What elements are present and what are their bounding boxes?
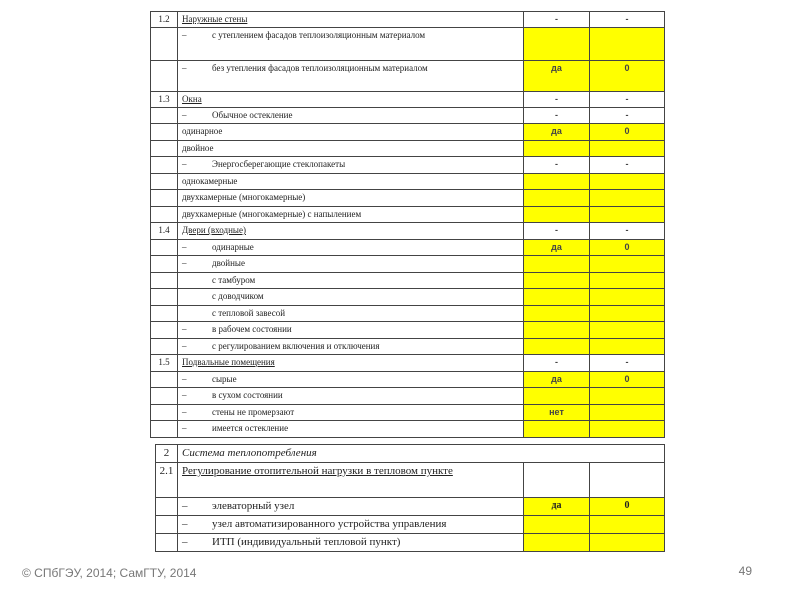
score-cell <box>590 463 665 498</box>
presence-cell <box>524 190 590 207</box>
presence-cell: - <box>524 223 590 240</box>
label-text: элеваторный узел <box>212 500 294 512</box>
item-number: 1.3 <box>151 92 178 108</box>
table-row: с тамбуром <box>151 273 665 289</box>
table-row: –с утеплением фасадов теплоизоляционным … <box>151 28 665 61</box>
item-label: –элеваторный узел <box>178 498 524 516</box>
heat-consumption-table: 2 Система теплопотребления 2.1Регулирова… <box>155 444 665 552</box>
table-row: двойное <box>151 141 665 157</box>
item-number <box>156 516 178 534</box>
dash-bullet: – <box>182 322 212 337</box>
score-cell: 0 <box>590 372 665 388</box>
page-number: 49 <box>739 564 752 578</box>
presence-cell <box>524 388 590 405</box>
section-number: 2 <box>156 445 178 463</box>
item-number: 1.5 <box>151 355 178 372</box>
score-cell <box>590 207 665 223</box>
table-row: с тепловой завесой <box>151 306 665 322</box>
item-label: двухкамерные (многокамерные) <box>178 190 524 207</box>
presence-cell <box>524 28 590 61</box>
table-row: –в рабочем состоянии <box>151 322 665 339</box>
item-number <box>151 388 178 405</box>
score-cell <box>590 141 665 157</box>
item-number <box>151 190 178 207</box>
label-text: Двери (входные) <box>182 225 246 235</box>
label-text: без утепления фасадов теплоизоляционным … <box>212 63 428 73</box>
score-cell: 0 <box>590 61 665 92</box>
label-text: Регулирование отопительной нагрузки в те… <box>182 465 453 477</box>
item-label: однокамерные <box>178 174 524 190</box>
item-label: одинарное <box>178 124 524 141</box>
label-text: двойное <box>182 143 214 153</box>
presence-cell <box>524 256 590 273</box>
label-text: одинарные <box>212 242 254 252</box>
score-cell <box>590 273 665 289</box>
label-text: однокамерные <box>182 176 237 186</box>
label-text: имеется остекление <box>212 423 288 433</box>
table-row: 1.5Подвальные помещения-- <box>151 355 665 372</box>
dash-bullet: – <box>182 256 212 271</box>
label-text: с утеплением фасадов теплоизоляционным м… <box>212 30 425 40</box>
item-number <box>151 240 178 256</box>
presence-cell: да <box>524 240 590 256</box>
category-label: Подвальные помещения <box>178 355 524 372</box>
table-row: –ИТП (индивидуальный тепловой пункт) <box>156 534 665 552</box>
presence-cell <box>524 534 590 552</box>
item-label: –с утеплением фасадов теплоизоляционным … <box>178 28 524 61</box>
score-cell <box>590 289 665 306</box>
score-cell: - <box>590 92 665 108</box>
label-text: с тепловой завесой <box>212 308 285 318</box>
presence-cell: - <box>524 355 590 372</box>
item-label: двухкамерные (многокамерные) с напыление… <box>178 207 524 223</box>
table-row: –узел автоматизированного устройства упр… <box>156 516 665 534</box>
item-number <box>151 339 178 355</box>
item-label: –Энергосберегающие стеклопакеты <box>178 157 524 174</box>
dash-bullet: – <box>182 157 212 172</box>
table-row: –одинарныеда0 <box>151 240 665 256</box>
item-number <box>156 534 178 552</box>
label-text: ИТП (индивидуальный тепловой пункт) <box>212 536 400 548</box>
table-row: –Энергосберегающие стеклопакеты-- <box>151 157 665 174</box>
score-cell <box>590 388 665 405</box>
item-label: –Обычное остекление <box>178 108 524 124</box>
presence-cell: да <box>524 498 590 516</box>
item-label: –узел автоматизированного устройства упр… <box>178 516 524 534</box>
table-row: с доводчиком <box>151 289 665 306</box>
presence-cell: да <box>524 61 590 92</box>
item-number <box>151 61 178 92</box>
label-text: двойные <box>212 258 245 268</box>
label-text: узел автоматизированного устройства упра… <box>212 518 446 530</box>
score-cell <box>590 322 665 339</box>
item-label: –ИТП (индивидуальный тепловой пункт) <box>178 534 524 552</box>
label-text: двухкамерные (многокамерные) с напыление… <box>182 209 361 219</box>
item-number <box>156 498 178 516</box>
table-row: –без утепления фасадов теплоизоляционным… <box>151 61 665 92</box>
item-label: двойное <box>178 141 524 157</box>
table-row: 1.4Двери (входные)-- <box>151 223 665 240</box>
dash-bullet: – <box>182 421 212 436</box>
presence-cell <box>524 273 590 289</box>
score-cell: 0 <box>590 498 665 516</box>
item-number <box>151 141 178 157</box>
item-number <box>151 372 178 388</box>
label-text: Наружные стены <box>182 14 247 24</box>
presence-cell: - <box>524 157 590 174</box>
table-row: 2.1Регулирование отопительной нагрузки в… <box>156 463 665 498</box>
table-row: –элеваторный узелда0 <box>156 498 665 516</box>
score-cell: - <box>590 157 665 174</box>
item-number <box>151 174 178 190</box>
section-title: Система теплопотребления <box>178 445 665 463</box>
item-number <box>151 322 178 339</box>
presence-cell <box>524 174 590 190</box>
label-text: сырые <box>212 374 237 384</box>
item-number <box>151 405 178 421</box>
presence-cell: нет <box>524 405 590 421</box>
dash-bullet: – <box>182 240 212 255</box>
dash-bullet: – <box>182 534 212 550</box>
item-number <box>151 256 178 273</box>
dash-bullet: – <box>182 339 212 354</box>
presence-cell: да <box>524 372 590 388</box>
score-cell <box>590 174 665 190</box>
presence-cell: - <box>524 108 590 124</box>
presence-cell: - <box>524 12 590 28</box>
score-cell <box>590 256 665 273</box>
label-text: стены не промерзают <box>212 407 294 417</box>
item-label: –двойные <box>178 256 524 273</box>
item-label: –одинарные <box>178 240 524 256</box>
label-text: Окна <box>182 94 202 104</box>
item-number <box>151 207 178 223</box>
copyright-footer: © СПбГЭУ, 2014; СамГТУ, 2014 <box>22 566 196 580</box>
label-text: Энергосберегающие стеклопакеты <box>212 159 345 169</box>
presence-cell <box>524 207 590 223</box>
label-text: одинарное <box>182 126 222 136</box>
presence-cell: - <box>524 92 590 108</box>
dash-bullet: – <box>182 28 212 43</box>
table-row: –имеется остекление <box>151 421 665 438</box>
item-number <box>151 306 178 322</box>
label-text: с доводчиком <box>212 291 264 301</box>
presence-cell <box>524 463 590 498</box>
score-cell: - <box>590 12 665 28</box>
score-cell <box>590 339 665 355</box>
table-row: 1.2Наружные стены-- <box>151 12 665 28</box>
score-cell: - <box>590 108 665 124</box>
item-label: с тамбуром <box>178 273 524 289</box>
score-cell <box>590 306 665 322</box>
item-label: с тепловой завесой <box>178 306 524 322</box>
table-row: –Обычное остекление-- <box>151 108 665 124</box>
dash-bullet: – <box>182 498 212 514</box>
dash-bullet: – <box>182 108 212 123</box>
table-row: 1.3Окна-- <box>151 92 665 108</box>
table-row: –сырыеда0 <box>151 372 665 388</box>
score-cell <box>590 28 665 61</box>
item-number: 1.4 <box>151 223 178 240</box>
item-label: –имеется остекление <box>178 421 524 438</box>
item-number <box>151 124 178 141</box>
score-cell <box>590 190 665 207</box>
presence-cell <box>524 516 590 534</box>
item-number <box>151 108 178 124</box>
item-label: –в сухом состоянии <box>178 388 524 405</box>
item-number: 2.1 <box>156 463 178 498</box>
presence-cell <box>524 322 590 339</box>
table-row: –с регулированием включения и отключения <box>151 339 665 355</box>
table-row: –двойные <box>151 256 665 273</box>
score-cell: 0 <box>590 124 665 141</box>
item-label: –стены не промерзают <box>178 405 524 421</box>
label-text: в рабочем состоянии <box>212 324 292 334</box>
score-cell: - <box>590 223 665 240</box>
item-number <box>151 28 178 61</box>
dash-bullet: – <box>182 372 212 387</box>
label-text: с тамбуром <box>212 275 255 285</box>
item-number <box>151 289 178 306</box>
presence-cell <box>524 289 590 306</box>
presence-cell <box>524 339 590 355</box>
category-label: Двери (входные) <box>178 223 524 240</box>
item-label: –с регулированием включения и отключения <box>178 339 524 355</box>
dash-bullet: – <box>182 405 212 420</box>
score-cell <box>590 421 665 438</box>
label-text: Обычное остекление <box>212 110 292 120</box>
item-label: –сырые <box>178 372 524 388</box>
table-row: –в сухом состоянии <box>151 388 665 405</box>
item-number: 1.2 <box>151 12 178 28</box>
item-label: с доводчиком <box>178 289 524 306</box>
score-cell: 0 <box>590 240 665 256</box>
building-envelope-table: 1.2Наружные стены--–с утеплением фасадов… <box>150 11 665 438</box>
label-text: с регулированием включения и отключения <box>212 341 380 351</box>
table-row: двухкамерные (многокамерные) <box>151 190 665 207</box>
item-number <box>151 157 178 174</box>
section-header-row: 2 Система теплопотребления <box>156 445 665 463</box>
score-cell: - <box>590 355 665 372</box>
item-label: –в рабочем состоянии <box>178 322 524 339</box>
item-label: –без утепления фасадов теплоизоляционным… <box>178 61 524 92</box>
table-row: однокамерные <box>151 174 665 190</box>
score-cell <box>590 534 665 552</box>
presence-cell <box>524 306 590 322</box>
score-cell <box>590 516 665 534</box>
dash-bullet: – <box>182 61 212 76</box>
presence-cell: да <box>524 124 590 141</box>
item-number <box>151 421 178 438</box>
category-label: Окна <box>178 92 524 108</box>
table-row: –стены не промерзаютнет <box>151 405 665 421</box>
score-cell <box>590 405 665 421</box>
presence-cell <box>524 421 590 438</box>
table-row: одинарноеда0 <box>151 124 665 141</box>
dash-bullet: – <box>182 516 212 532</box>
label-text: Подвальные помещения <box>182 357 275 367</box>
label-text: в сухом состоянии <box>212 390 283 400</box>
dash-bullet: – <box>182 388 212 403</box>
table-row: двухкамерные (многокамерные) с напыление… <box>151 207 665 223</box>
category-label: Наружные стены <box>178 12 524 28</box>
category-label: Регулирование отопительной нагрузки в те… <box>178 463 524 498</box>
label-text: двухкамерные (многокамерные) <box>182 192 305 202</box>
item-number <box>151 273 178 289</box>
presence-cell <box>524 141 590 157</box>
